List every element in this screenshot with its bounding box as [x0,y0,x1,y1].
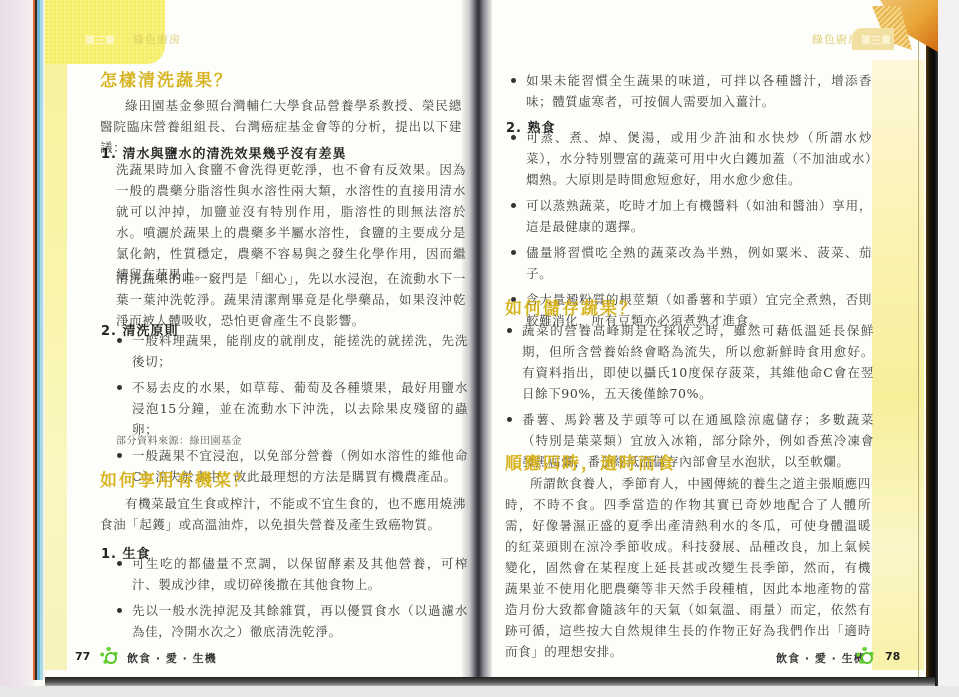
book-page-edges [33,0,45,680]
right-margin-rule [918,40,919,680]
paragraph-pesticides: 洗蔬果時加入食鹽不會洗得更乾淨，也不會有反效果。因為一般的農藥分脂溶性與水溶性兩… [116,159,466,285]
list-item: 可以蒸熟蔬菜，吃時才加上有機醬料（如油和醬油）享用，這是最健康的選擇。 [506,195,872,237]
page-number-left: 77 [75,650,90,663]
list-item: 儘量將習慣吃全熟的蔬菜改為半熟，例如粟米、菠菜、茄子。 [506,242,872,284]
list-item: 蔬菜的營養高峰期是在採收之時，雖然可藉低溫延長保鮮期，但所含營養始終會略為流失，… [502,320,874,404]
footer-book-title-right: 飲食 · 愛 · 生機 [776,650,866,666]
page-number-right: 78 [885,650,900,663]
book-bottom-edge [45,677,935,686]
raw-eating-list: 可生吃的都儘量不烹調，以保留酵素及其他營養，可榨汁、製成沙律，或切碎後撒在其他食… [112,553,468,647]
list-item: 先以一般水洗掉泥及其餘雜質，再以優質食水（以過濾水為佳，冷開水次之）徹底清洗乾淨… [112,600,468,642]
green-ring-icon [856,647,874,665]
source-note: 部分資料來源：綠田園基金 [116,432,242,447]
list-item: 一般料理蔬果，能削皮的就削皮，能搓洗的就搓洗，先洗後切； [112,330,468,372]
footer-book-title-left: 飲食 · 愛 · 生機 [127,650,217,666]
left-margin-decoration [45,30,67,670]
chapter-label: 第三章 [85,32,115,47]
section-intro: 有機菜最宜生食或榨汁，不能或不宜生食的，也不應用燒沸食油「起鑊」或高溫油炸，以免… [100,493,466,535]
right-margin-decoration [872,60,924,670]
section-title-seasonal: 順應四時，適時而食 [505,449,676,474]
section-title-washing: 怎樣清洗蔬果？ [100,66,233,91]
book-backdrop-right [938,0,959,697]
paragraph-seasonal-eating: 所謂飲食養人，季節育人，中國傳統的養生之道主張順應四時，不時不食。四季當造的作物… [505,473,871,662]
green-ring-icon [100,647,118,665]
book-left-edge [0,0,34,697]
section-title-storage: 如何儲存蔬果？ [505,294,638,319]
list-item: 不易去皮的水果，如草莓、葡萄及各種漿果，最好用鹽水浸泡15分鐘，並在流動水下沖洗… [112,377,468,440]
list-item: 可生吃的都儘量不烹調，以保留酵素及其他營養，可榨汁、製成沙律，或切碎後撒在其他食… [112,553,468,595]
book-right-edge [926,30,938,690]
book-backdrop-bottom [0,686,959,697]
list-item: 可蒸、煮、焯、煲湯，或用少許油和水快炒（所謂水炒菜），水分特別豐富的蔬菜可用中火… [506,127,872,190]
chapter-tab-right: 第三章 [852,28,894,50]
list-item: 如果未能習慣全生蔬果的味道，可拌以各種醬汁，增添香味；體質虛寒者，可按個人需要加… [506,70,872,112]
running-header-left: 綠色廚房 [133,31,181,47]
chapter-label: 第三章 [861,32,891,47]
continued-raw-list: 如果未能習慣全生蔬果的味道，可拌以各種醬汁，增添香味；體質虛寒者，可按個人需要加… [506,70,872,117]
section-title-enjoy-organic: 如何享用有機菜？ [100,466,252,491]
